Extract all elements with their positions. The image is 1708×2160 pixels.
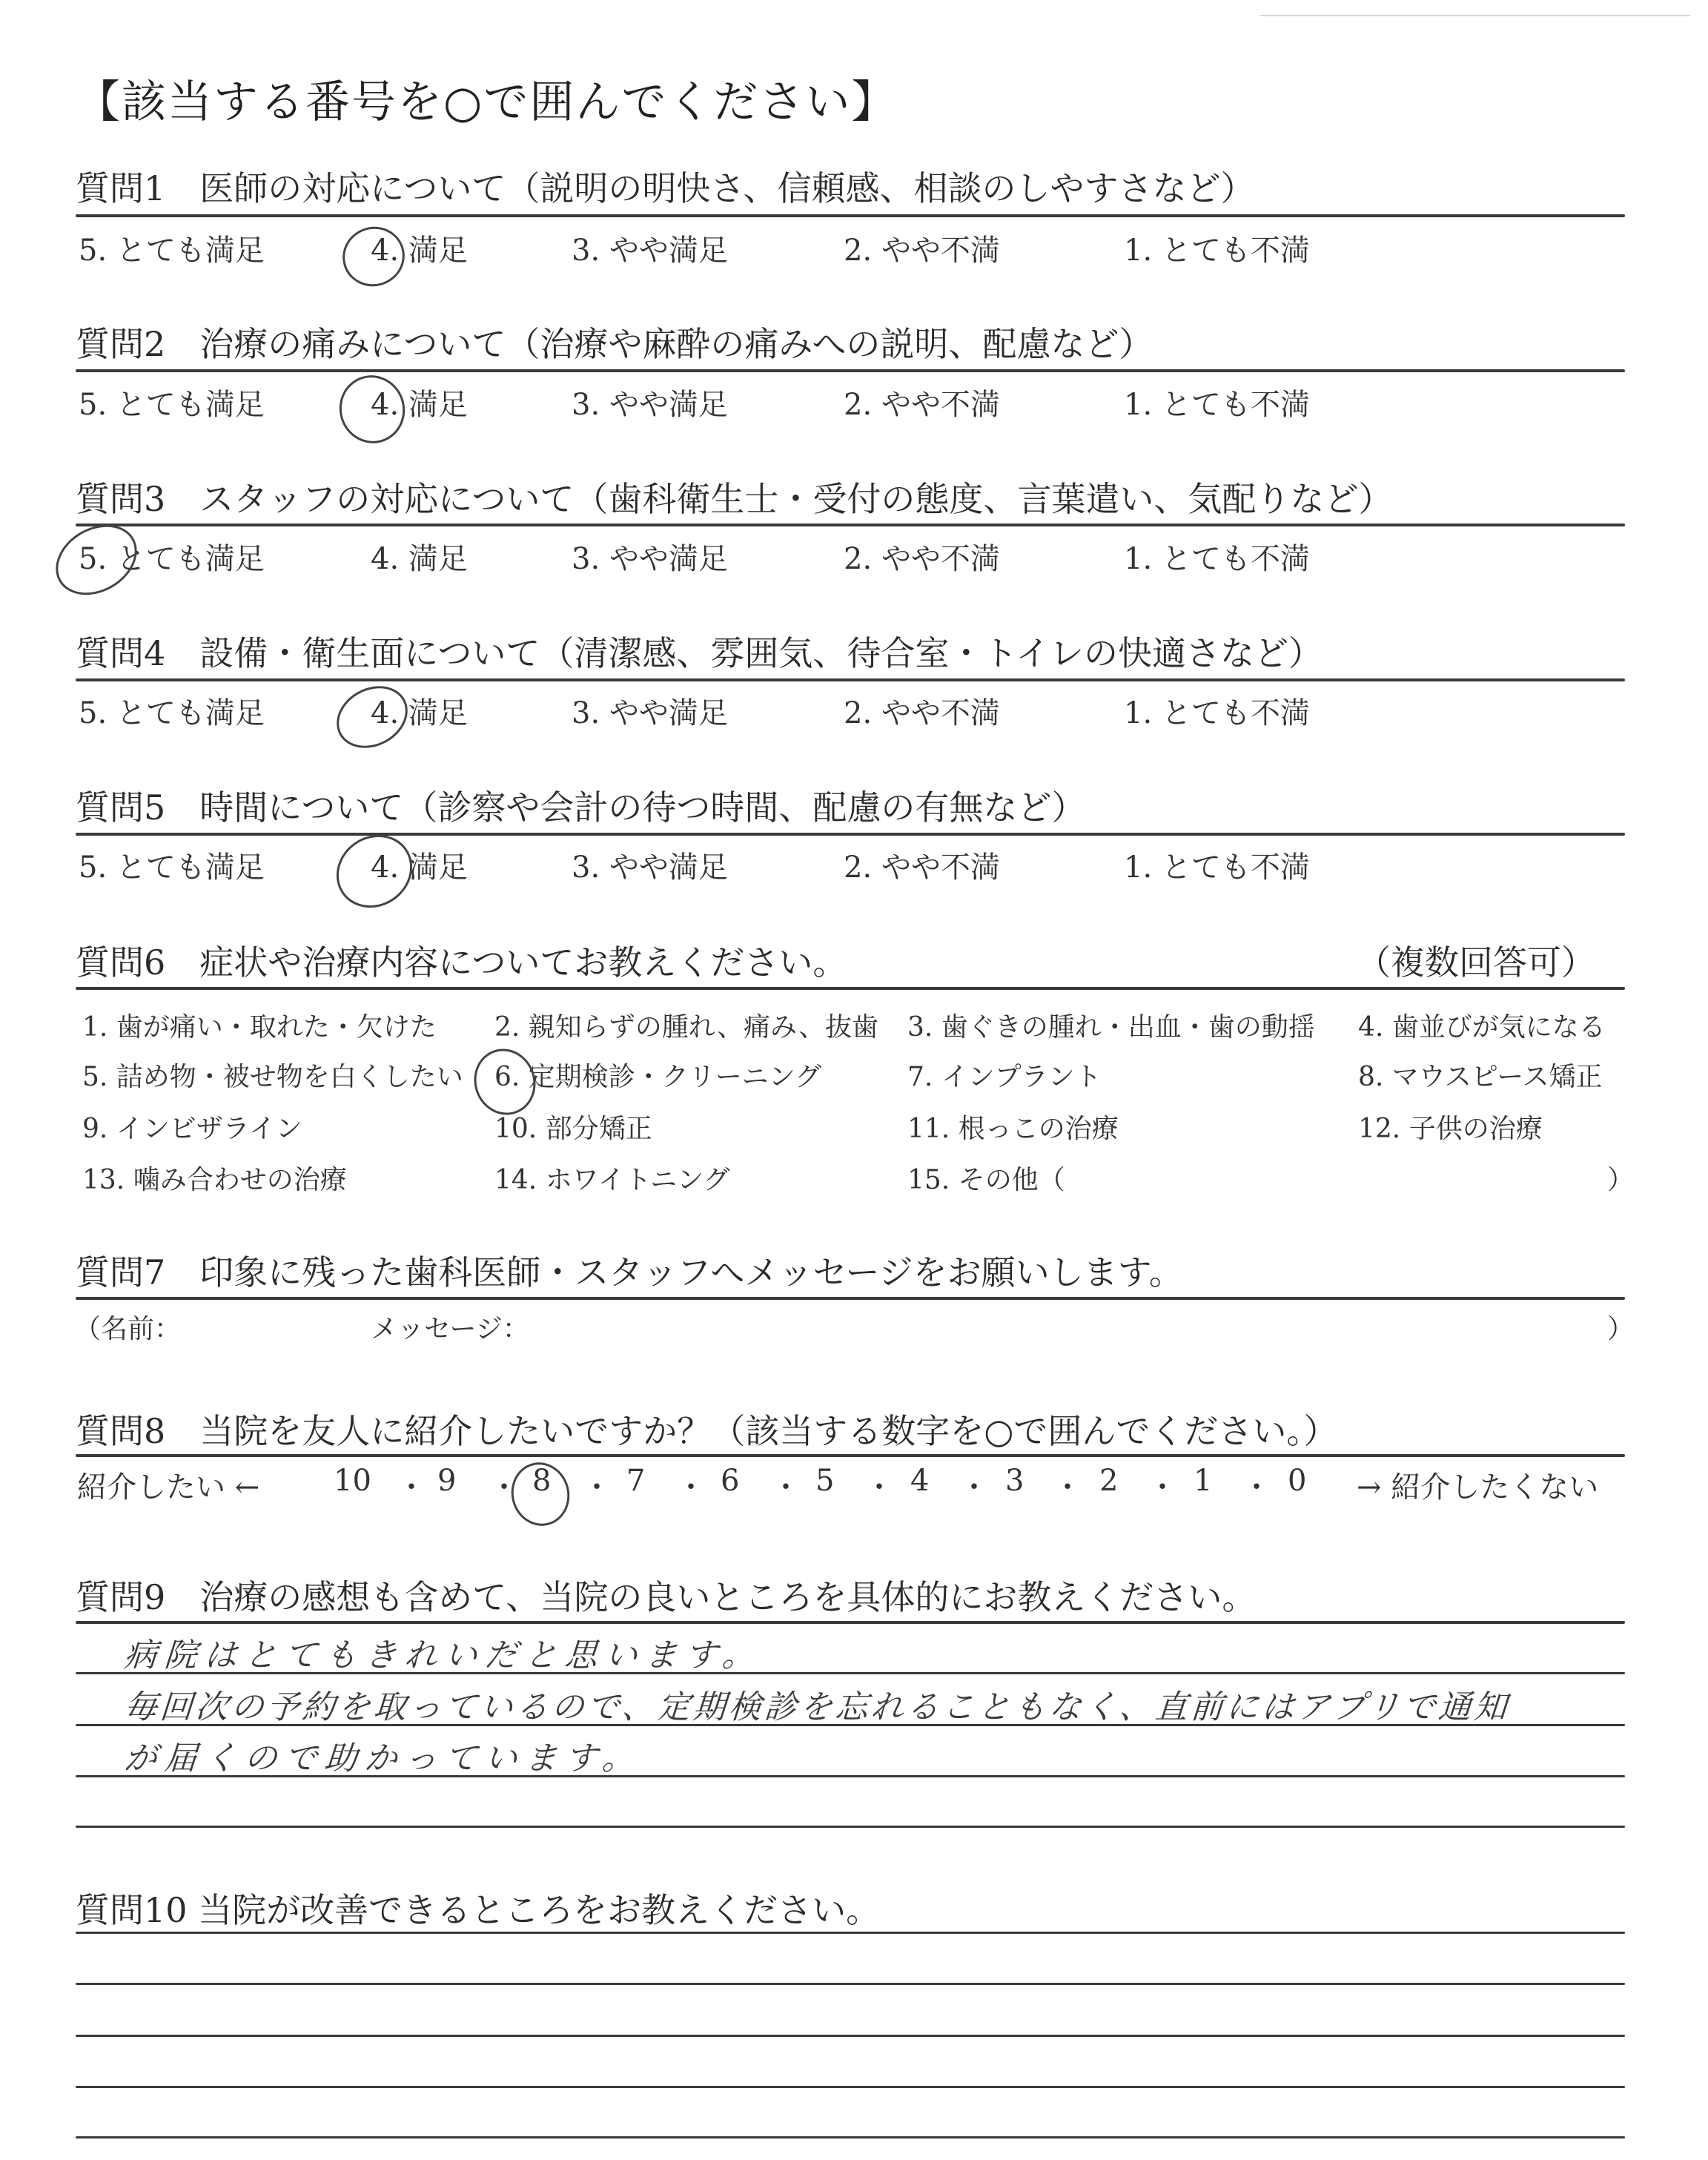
q5-option-1[interactable]: 1. とても不満 [1124,844,1310,886]
q5-option-5[interactable]: 5. とても満足 [79,844,265,886]
q8-sep: ・ [676,1464,706,1506]
q8-scale-1[interactable]: 1 [1194,1464,1212,1498]
question-7-label: 質問7 印象に残った歯科医師・スタッフへメッセージをお願いします。 [76,1246,1183,1295]
scan-edge-line [1260,15,1690,16]
q2-option-2[interactable]: 2. やや不満 [844,381,1000,423]
question-5-rule [76,833,1625,836]
question-8-rule [76,1454,1625,1457]
q8-sep: ・ [582,1464,612,1506]
question-2-label: 質問2 治療の痛みについて（治療や麻酔の痛みへの説明、配慮など） [76,317,1153,366]
q6-item-8[interactable]: 8. マウスピース矯正 [1358,1056,1602,1094]
q5-option-3[interactable]: 3. やや満足 [572,844,728,886]
q3-option-2[interactable]: 2. やや不満 [844,535,1000,578]
q8-sep: ・ [1053,1464,1082,1506]
q9-writing-line [76,1672,1625,1674]
q4-option-1[interactable]: 1. とても不満 [1124,690,1310,732]
q10-writing-line [76,2136,1625,2138]
q8-scale-7[interactable]: 7 [626,1464,645,1498]
q6-item-1[interactable]: 1. 歯が痛い・取れた・欠けた [82,1006,437,1044]
q2-option-3[interactable]: 3. やや満足 [572,381,728,423]
q9-answer-line-3[interactable]: が届くので助かっています。 [123,1731,644,1779]
q6-item-11[interactable]: 11. 根っこの治療 [907,1108,1119,1146]
question-2-rule [76,369,1625,372]
q8-scale-10[interactable]: 10 [334,1464,371,1498]
question-9-label: 質問9 治療の感想も含めて、当院の良いところを具体的にお教えください。 [76,1571,1256,1619]
q2-option-1[interactable]: 1. とても不満 [1124,381,1310,423]
q6-item-14[interactable]: 14. ホワイトニング [494,1159,729,1197]
q5-option-2[interactable]: 2. やや不満 [844,844,1000,886]
q8-sep: ・ [397,1464,426,1506]
question-6-rule [76,987,1625,990]
q10-writing-line [76,1983,1625,1985]
q8-sep: ・ [959,1464,989,1506]
q6-item-10[interactable]: 10. 部分矯正 [494,1108,652,1146]
q6-item-9[interactable]: 9. インビザライン [82,1108,302,1146]
q10-writing-line [76,2086,1625,2088]
q8-left-label: 紹介したい ← [77,1464,259,1506]
q6-item-4[interactable]: 4. 歯並びが気になる [1358,1006,1606,1044]
q8-scale-5[interactable]: 5 [815,1464,834,1498]
q6-other-close-paren: ） [1607,1159,1634,1197]
q8-right-label: → 紹介したくない [1357,1464,1598,1506]
q1-option-2[interactable]: 2. やや不満 [844,227,1000,269]
page-title: 【該当する番号を○で囲んでください】 [76,67,897,131]
q8-sep: ・ [771,1464,801,1506]
question-4-rule [76,678,1625,681]
q8-scale-0[interactable]: 0 [1288,1464,1306,1498]
q10-writing-line [76,2035,1625,2037]
q8-scale-9[interactable]: 9 [437,1464,456,1498]
q6-item-7[interactable]: 7. インプラント [907,1056,1102,1094]
question-6-label: 質問6 症状や治療内容についてお教えください。 [76,936,847,985]
question-7-rule [76,1297,1625,1300]
q7-close-paren: ） [1607,1308,1634,1346]
q1-option-5[interactable]: 5. とても満足 [79,227,265,269]
q8-scale-4[interactable]: 4 [910,1464,929,1498]
q3-option-1[interactable]: 1. とても不満 [1124,535,1310,578]
q8-scale-6[interactable]: 6 [721,1464,739,1498]
question-1-label: 質問1 医師の対応について（説明の明快さ、信頼感、相談のしやすさなど） [76,162,1255,211]
q4-option-2[interactable]: 2. やや不満 [844,690,1000,732]
q7-message-label: メッセージ： [371,1308,529,1346]
q9-writing-line [76,1775,1625,1777]
q4-option-3[interactable]: 3. やや満足 [572,690,728,732]
q9-writing-line [76,1826,1625,1828]
question-5-label: 質問5 時間について（診察や会計の待つ時間、配慮の有無など） [76,781,1085,830]
question-1-rule [76,214,1625,217]
question-10-label: 質問10 当院が改善できるところをお教えください。 [76,1883,880,1932]
q1-option-1[interactable]: 1. とても不満 [1124,227,1310,269]
question-3-rule [76,524,1625,526]
q6-item-6[interactable]: 6. 定期検診・クリーニング [494,1056,821,1094]
q2-selection-circle [331,367,414,452]
q4-option-5[interactable]: 5. とても満足 [79,690,265,732]
q8-scale-3[interactable]: 3 [1005,1464,1024,1498]
q6-item-3[interactable]: 3. 歯ぐきの腫れ・出血・歯の動揺 [907,1006,1315,1044]
q6-item-15[interactable]: 15. その他（ [907,1159,1065,1197]
q6-item-13[interactable]: 13. 噛み合わせの治療 [82,1159,347,1197]
q8-sep: ・ [1148,1464,1177,1506]
q9-writing-line [76,1724,1625,1726]
q2-option-5[interactable]: 5. とても満足 [79,381,265,423]
question-4-label: 質問4 設備・衛生面について（清潔感、雰囲気、待合室・トイレの快適さなど） [76,627,1323,676]
q9-answer-line-1[interactable]: 病院はとてもきれいだと思います。 [123,1628,764,1676]
question-9-rule [76,1621,1625,1624]
q7-name-label: （名前： [74,1308,181,1346]
question-10-rule [76,1932,1625,1934]
question-6-note: （複数回答可） [1357,936,1595,985]
q8-sep: ・ [864,1464,894,1506]
q8-scale-2[interactable]: 2 [1099,1464,1118,1498]
q6-item-12[interactable]: 12. 子供の治療 [1358,1108,1543,1146]
q9-answer-line-2[interactable]: 毎回次の予約を取っているので、定期検診を忘れることもなく、直前にはアプリで通知 [123,1680,1512,1728]
q4-selection-circle [326,674,419,760]
question-8-label: 質問8 当院を友人に紹介したいですか？（該当する数字を○で囲んでください。） [76,1404,1337,1453]
q8-sep: ・ [1242,1464,1271,1506]
q6-item-5[interactable]: 5. 詰め物・被せ物を白くしたい [82,1056,463,1094]
q1-option-3[interactable]: 3. やや満足 [572,227,728,269]
q3-option-3[interactable]: 3. やや満足 [572,535,728,578]
q6-item-2[interactable]: 2. 親知らずの腫れ、痛み、抜歯 [494,1006,878,1044]
question-3-label: 質問3 スタッフの対応について（歯科衛生士・受付の態度、言葉遣い、気配りなど） [76,472,1392,521]
q3-option-4[interactable]: 4. 満足 [371,535,468,578]
